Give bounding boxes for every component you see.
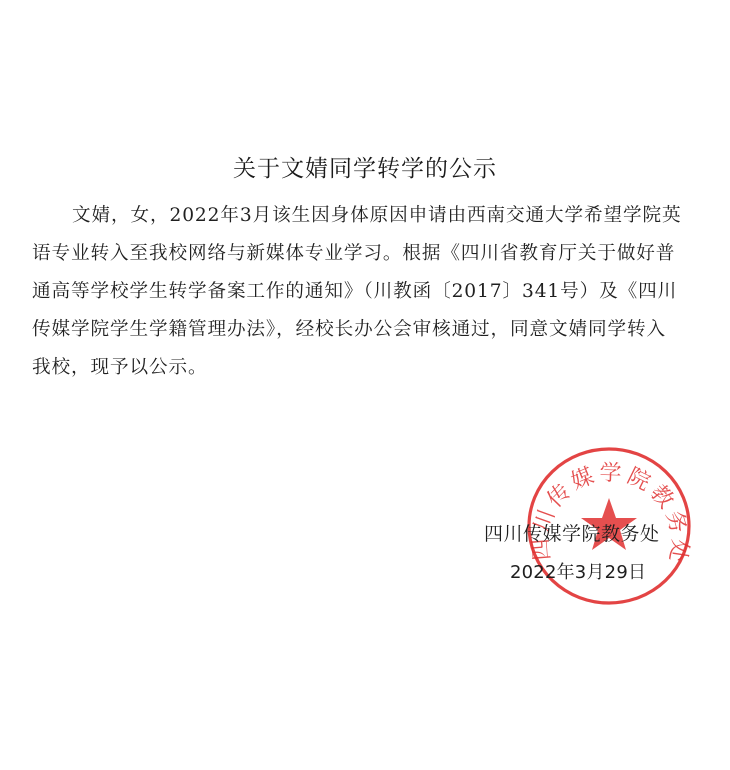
body-line: 文婧，女，2022年3月该生因身体原因申请由西南交通大学希望学院英 [32, 197, 694, 235]
body-line: 我校，现予以公示。 [32, 349, 694, 387]
signer-department: 四川传媒学院教务处 [484, 519, 660, 546]
body-line: 传媒学院学生学籍管理办法》，经校长办公会审核通过，同意文婧同学转入 [32, 311, 694, 349]
body-line: 语专业转入至我校网络与新媒体专业学习。根据《四川省教育厅关于做好普 [32, 235, 694, 273]
body-line: 通高等学校学生转学备案工作的通知》（川教函〔2017〕341号）及《四川 [32, 273, 694, 311]
document-title: 关于文婧同学转学的公示 [0, 150, 730, 183]
document-body: 文婧，女，2022年3月该生因身体原因申请由西南交通大学希望学院英 语专业转入至… [32, 197, 694, 387]
document-date: 2022年3月29日 [510, 558, 646, 584]
